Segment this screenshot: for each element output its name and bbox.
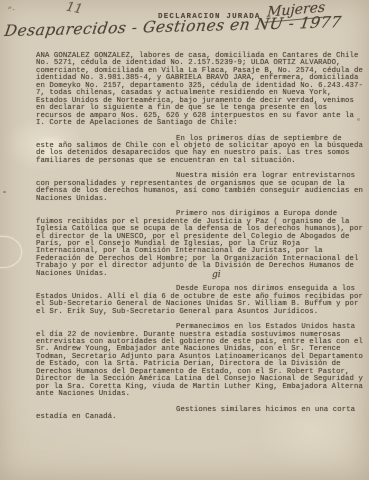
scanned-document-page: ”· 11 Mujeres Desaparecidos - Gestiones …: [0, 0, 369, 480]
paragraph-us-meetings: Permanecimos en los Estados Unidos hasta…: [36, 324, 363, 399]
paragraph-declarants: ANA GONZALEZ GONZALEZ, labores de casa, …: [36, 53, 363, 128]
pencil-mark: ”·: [7, 5, 16, 16]
paragraph-mission: Nuestra misión era lograr entrevistarnos…: [36, 173, 363, 203]
document-title: DECLARACION JURADA: [158, 13, 261, 21]
paragraph-united-states-un: Desde Europa nos dirimos enseguida a los…: [36, 286, 363, 316]
ink-speck: [3, 191, 6, 193]
paragraph-trip-purpose: En los primeros días de septiembre de es…: [36, 136, 363, 166]
paragraph-canada: Gestiones similares hicimos en una corta…: [36, 407, 363, 422]
document-body: ANA GONZALEZ GONZALEZ, labores de casa, …: [36, 53, 363, 429]
pencil-mark: 11: [65, 0, 84, 18]
paragraph-europe: Primero nos dirigimos a Europa donde fui…: [36, 211, 363, 278]
stain-ring: [0, 236, 22, 268]
